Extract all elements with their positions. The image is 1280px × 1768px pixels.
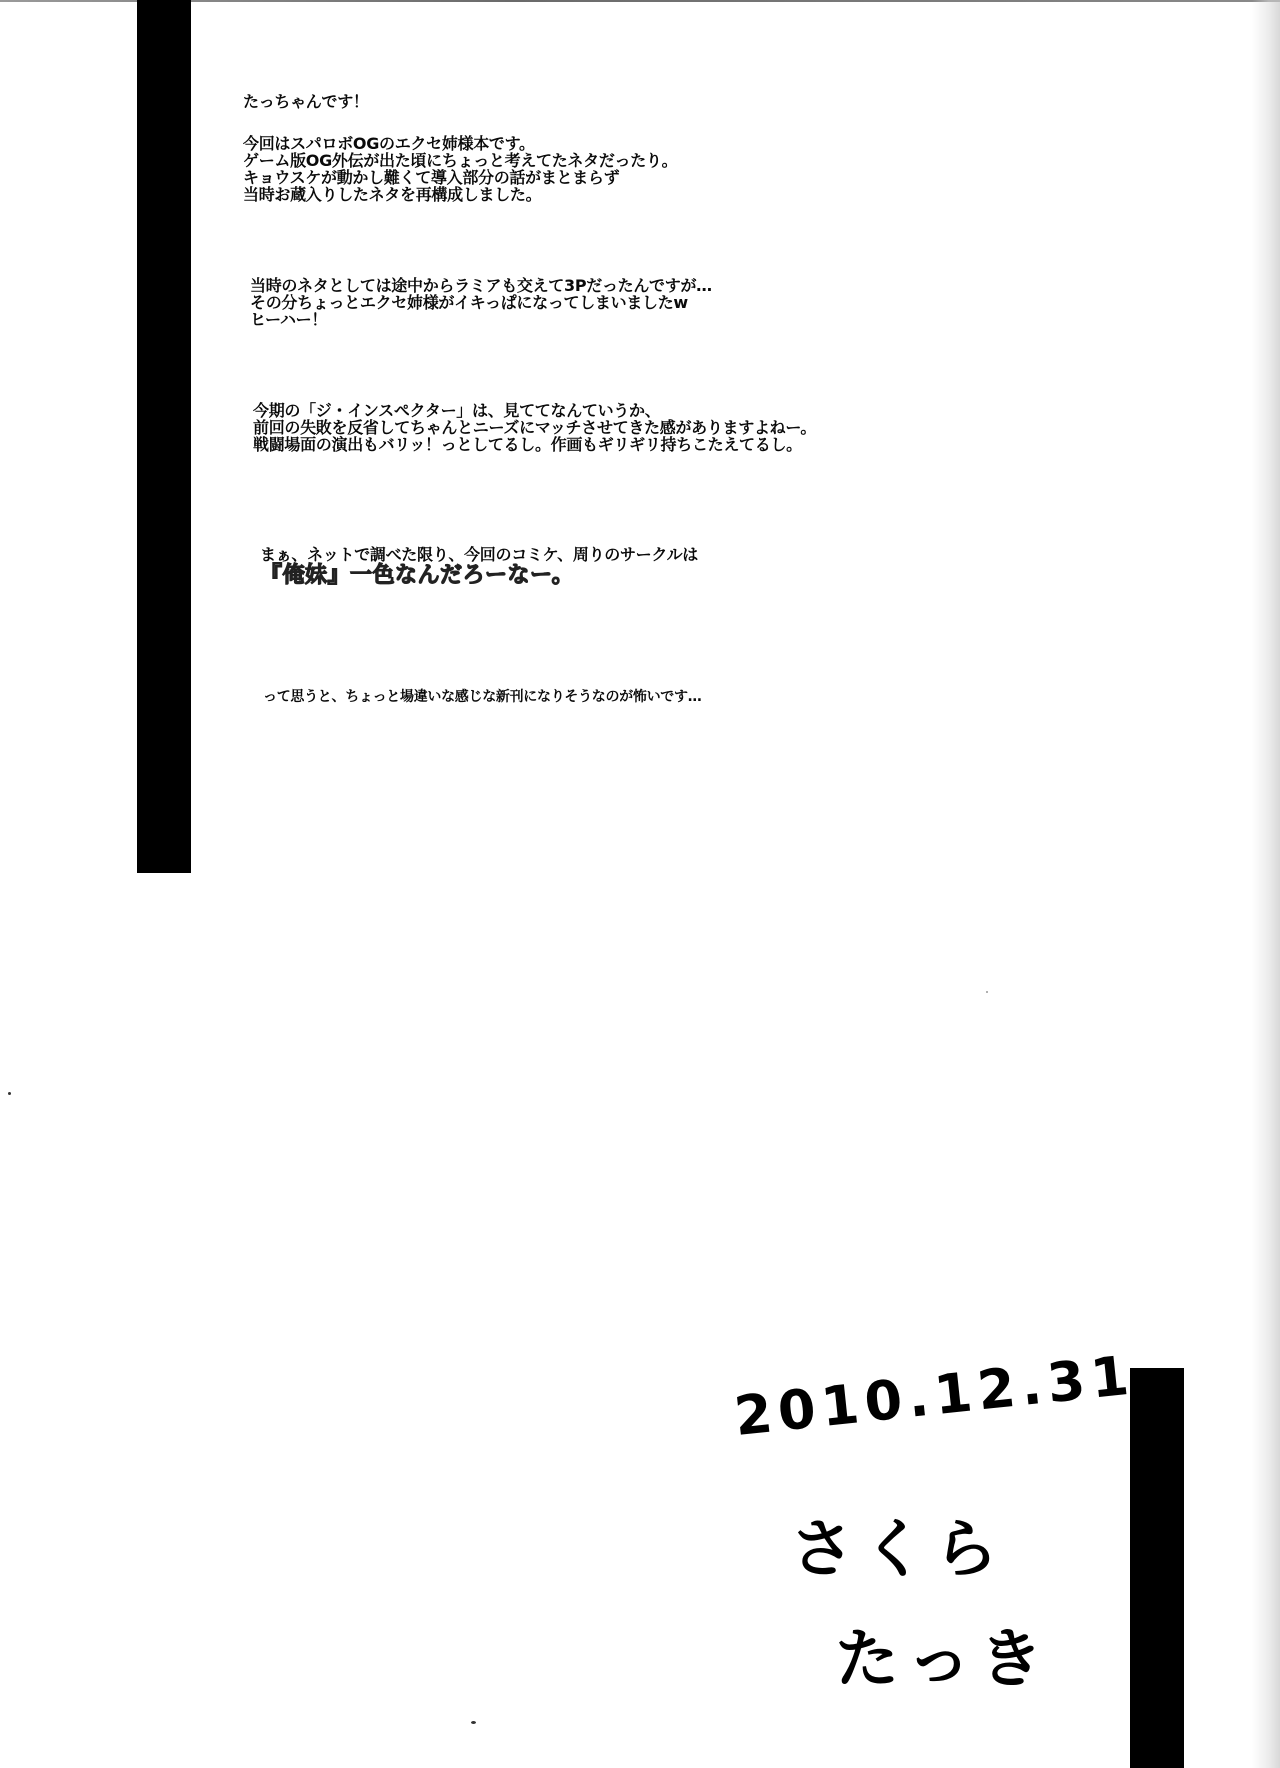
paragraph-line: 当時お蔵入りしたネタを再構成しました。 xyxy=(243,186,677,203)
left-black-bar xyxy=(137,0,191,873)
outlined-emphasis-line: 『俺妹』一色なんだろーなー。 xyxy=(260,563,698,589)
scan-right-edge-shadow xyxy=(1252,0,1280,1768)
scan-speck xyxy=(8,1092,11,1095)
greeting: たっちゃんです！ xyxy=(243,93,369,110)
paragraph-line: まぁ、ネットで調べた限り、今回のコミケ、周りのサークルは xyxy=(260,546,698,563)
paragraph-line: ゲーム版OG外伝が出た頃にちょっと考えてたネタだったり。 xyxy=(243,152,677,169)
paragraph-5: って思うと、ちょっと場違いな感じな新刊になりそうなのが怖いです… xyxy=(263,689,701,705)
paragraph-line: 今回はスパロボOGのエクセ姉様本です。 xyxy=(243,135,677,152)
handwritten-signature-line-1: さくら xyxy=(790,1498,1006,1590)
paragraph-2: 当時のネタとしては途中からラミアも交えて3Pだったんですが… その分ちょっとエク… xyxy=(250,277,712,328)
paragraph-line: その分ちょっとエクセ姉様がイキっぱになってしまいましたw xyxy=(250,294,712,311)
paragraph-line: キョウスケが動かし難くて導入部分の話がまとまらず xyxy=(243,169,677,186)
paragraph-4: まぁ、ネットで調べた限り、今回のコミケ、周りのサークルは 『俺妹』一色なんだろー… xyxy=(260,546,698,589)
scan-top-edge xyxy=(0,0,1280,2)
paragraph-line: ヒーハー！ xyxy=(250,311,712,328)
paragraph-line: 前回の失敗を反省してちゃんとニーズにマッチさせてきた感がありますよねー。 xyxy=(253,419,816,436)
paragraph-line: って思うと、ちょっと場違いな感じな新刊になりそうなのが怖いです… xyxy=(263,689,701,705)
right-black-bar xyxy=(1130,1368,1184,1768)
handwritten-date: 2010.12.31 xyxy=(731,1343,1137,1448)
paragraph-line: 戦闘場面の演出もバリッ！っとしてるし。作画もギリギリ持ちこたえてるし。 xyxy=(253,436,816,453)
afterword-page: たっちゃんです！ 今回はスパロボOGのエクセ姉様本です。 ゲーム版OG外伝が出た… xyxy=(0,0,1280,1768)
greeting-text: たっちゃんです！ xyxy=(243,93,369,110)
paragraph-line: 当時のネタとしては途中からラミアも交えて3Pだったんですが… xyxy=(250,277,712,294)
handwritten-signature-line-2: たっき xyxy=(835,1608,1051,1700)
scan-speck xyxy=(986,991,988,993)
scan-speck xyxy=(471,1721,476,1724)
paragraph-line: 今期の「ジ・インスペクター」は、見ててなんていうか、 xyxy=(253,402,816,419)
paragraph-3: 今期の「ジ・インスペクター」は、見ててなんていうか、 前回の失敗を反省してちゃん… xyxy=(253,402,816,453)
paragraph-1: 今回はスパロボOGのエクセ姉様本です。 ゲーム版OG外伝が出た頃にちょっと考えて… xyxy=(243,135,677,203)
